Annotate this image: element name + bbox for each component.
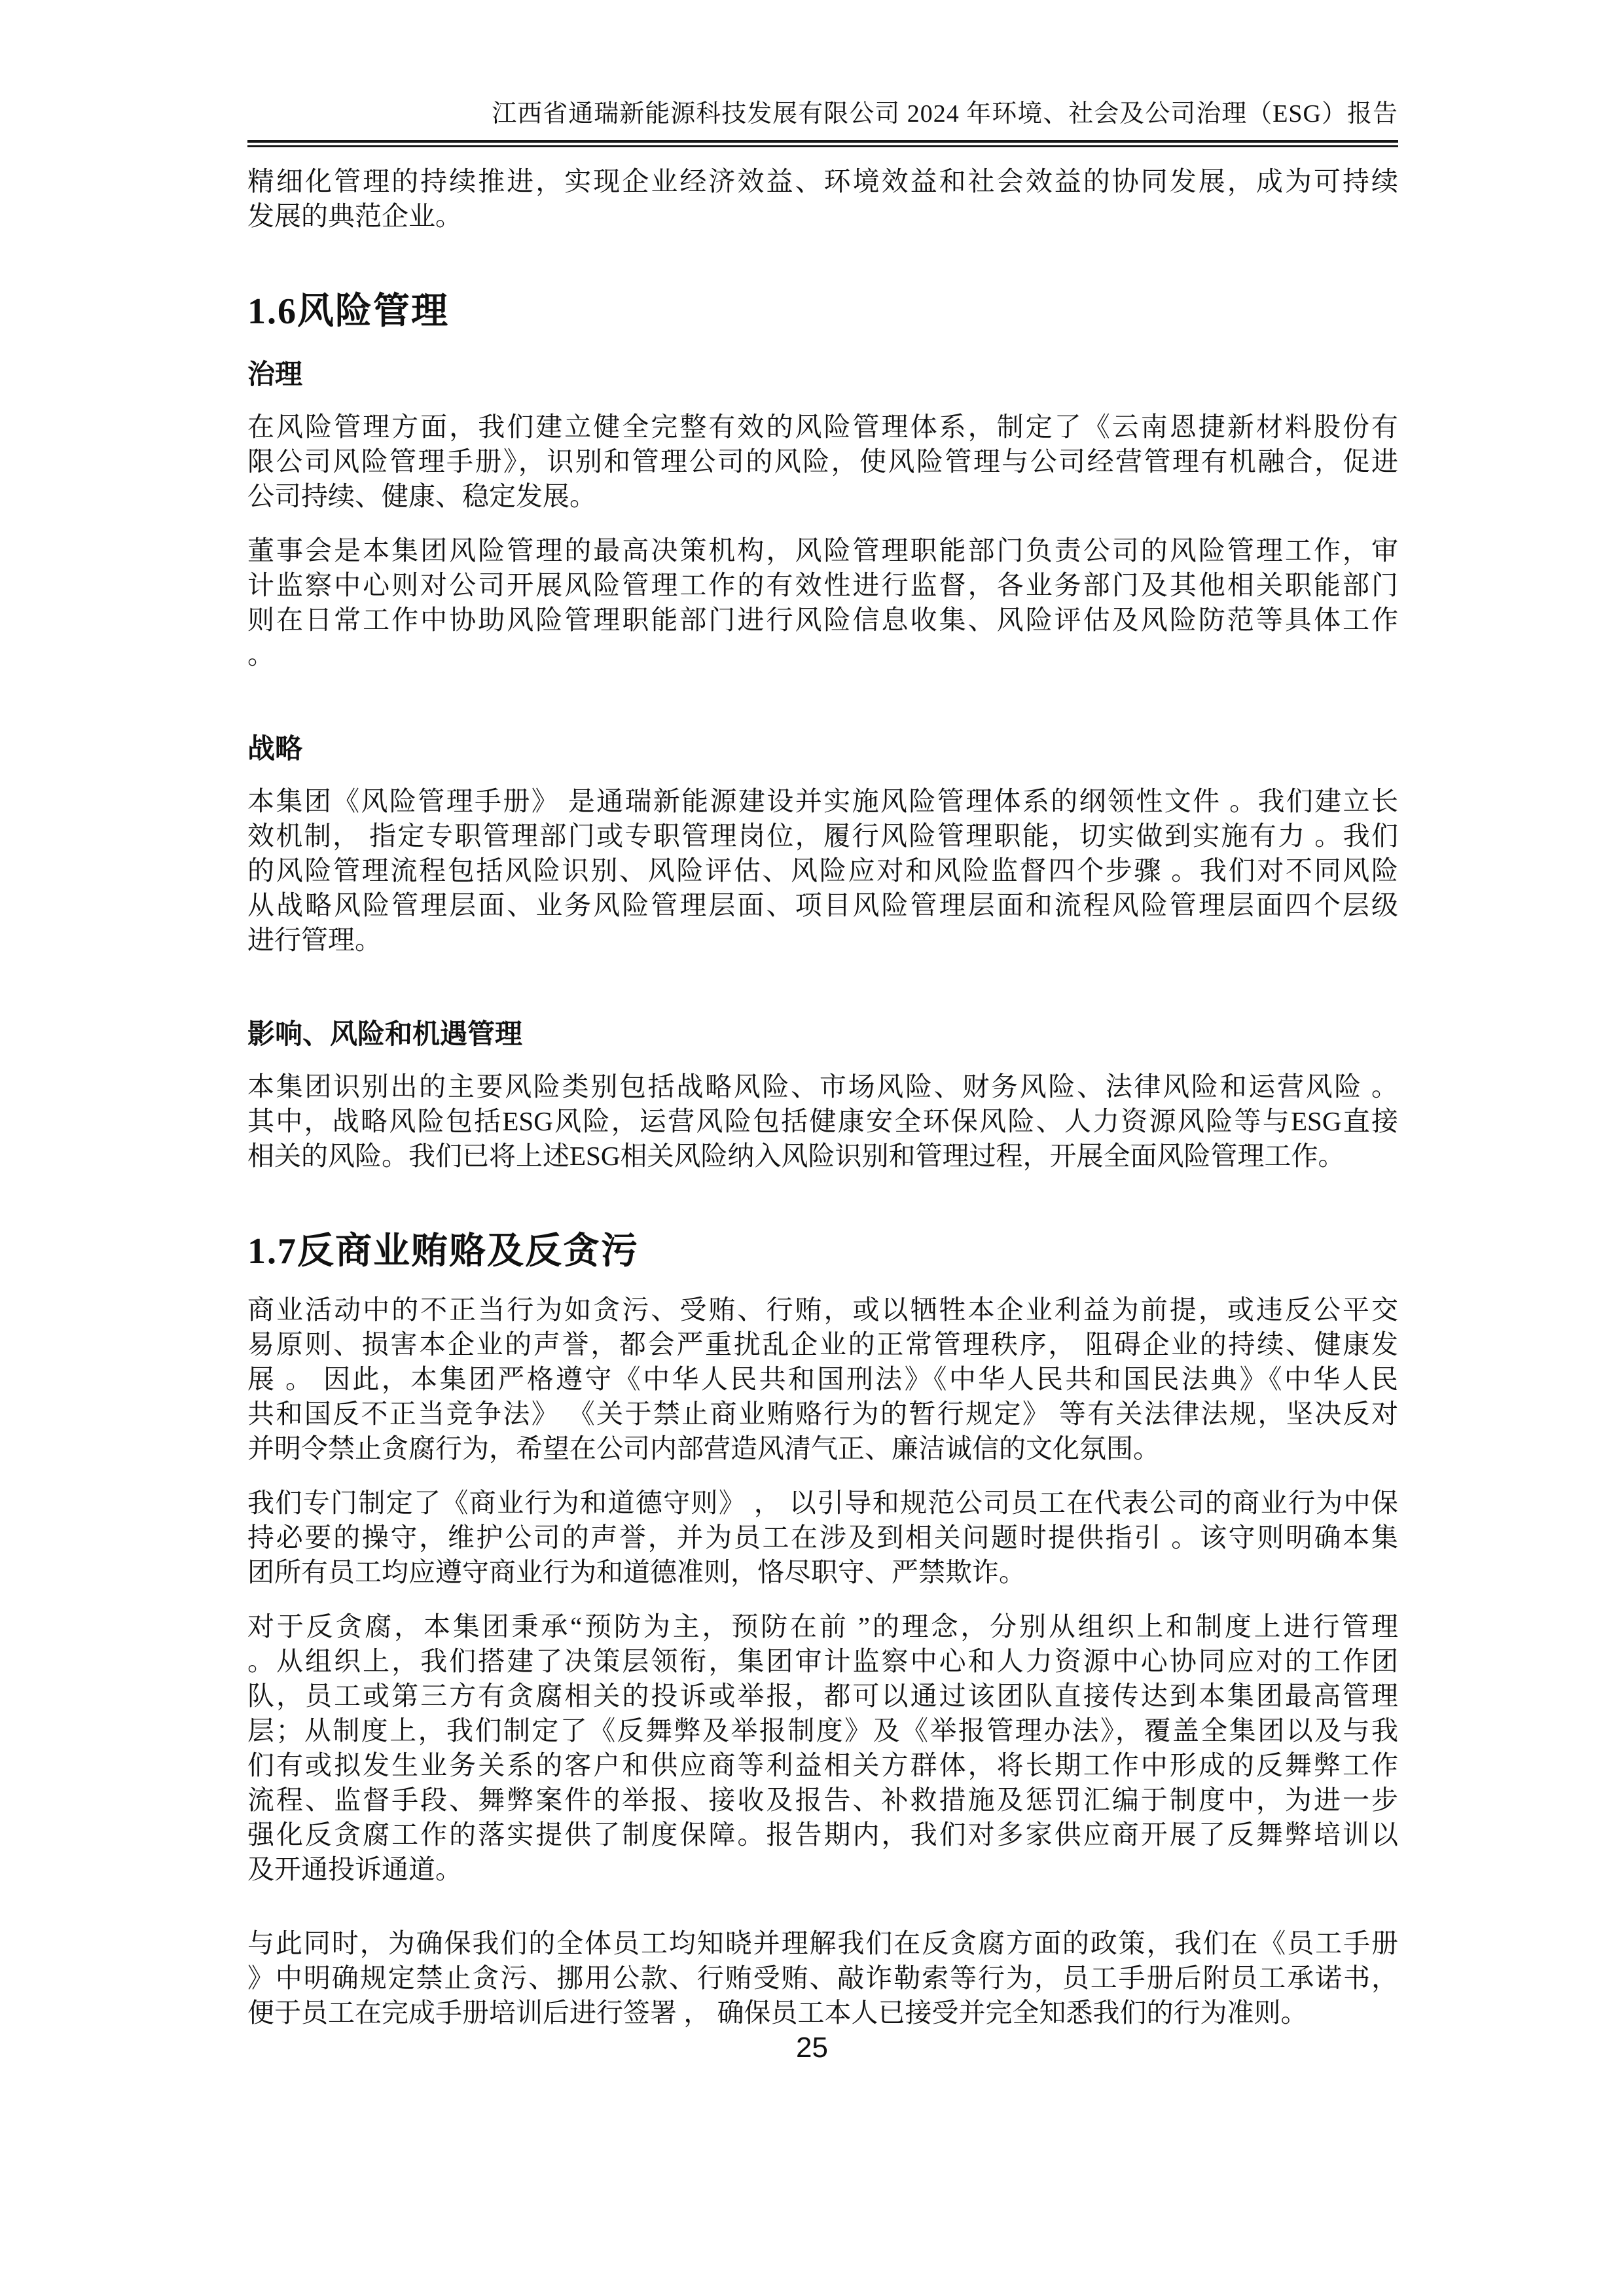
paragraph-line: 们有或拟发生业务关系的客户和供应商等利益相关方群体，将长期工作中形成的反舞弊工作 [247,1748,1398,1783]
paragraph-line: 进行管理。 [247,923,1398,958]
paragraph-line: 并明令禁止贪腐行为，希望在公司内部营造风清气正、廉洁诚信的文化氛围。 [247,1431,1398,1466]
paragraph-line: 计监察中心则对公司开展风险管理工作的有效性进行监督，各业务部门及其他相关职能部门 [247,568,1398,603]
paragraph-line: 在风险管理方面，我们建立健全完整有效的风险管理体系，制定了《云南恩捷新材料股份有 [247,410,1398,444]
paragraph: 在风险管理方面，我们建立健全完整有效的风险管理体系，制定了《云南恩捷新材料股份有… [247,410,1398,514]
document-body: 精细化管理的持续推进，实现企业经济效益、环境效益和社会效益的协同发展，成为可持续… [247,164,1398,2030]
paragraph-line: 对于反贪腐，本集团秉承“预防为主，预防在前 ”的理念，分别从组织上和制度上进行管… [247,1609,1398,1644]
section-heading-1-6: 1.6风险管理 [247,290,1398,333]
paragraph-line: 。从组织上，我们搭建了决策层领衔，集团审计监察中心和人力资源中心协同应对的工作团 [247,1644,1398,1679]
paragraph: 与此同时，为确保我们的全体员工均知晓并理解我们在反贪腐方面的政策，我们在《员工手… [247,1926,1398,2030]
paragraph-line: 商业活动中的不正当行为如贪污、受贿、行贿，或以牺牲本企业利益为前提，或违反公平交 [247,1293,1398,1327]
document-page: 江西省通瑞新能源科技发展有限公司 2024 年环境、社会及公司治理（ESG）报告… [0,0,1624,2296]
paragraph-line: 层；从制度上，我们制定了《反舞弊及举报制度》及《举报管理办法》，覆盖全集团以及与… [247,1713,1398,1748]
paragraph-line: 公司持续、健康、稳定发展。 [247,479,1398,514]
page-number: 25 [0,2032,1624,2064]
paragraph-line: 董事会是本集团风险管理的最高决策机构，风险管理职能部门负责公司的风险管理工作，审 [247,533,1398,568]
paragraph-line: 共和国反不正当竞争法》 《关于禁止商业贿赂行为的暂行规定》 等有关法律法规，坚决… [247,1397,1398,1431]
paragraph-line: 展 。 因此，本集团严格遵守《中华人民共和国刑法》《中华人民共和国民法典》《中华… [247,1362,1398,1397]
section-heading-1-7: 1.7反商业贿赂及反贪污 [247,1230,1398,1273]
paragraph-line: 及开通投诉通道。 [247,1852,1398,1887]
paragraph-line: 强化反贪腐工作的落实提供了制度保障。报告期内，我们对多家供应商开展了反舞弊培训以 [247,1818,1398,1852]
paragraph-line: 则在日常工作中协助风险管理职能部门进行风险信息收集、风险评估及风险防范等具体工作 [247,603,1398,637]
paragraph-line: 精细化管理的持续推进，实现企业经济效益、环境效益和社会效益的协同发展，成为可持续 [247,164,1398,199]
paragraph-line: 队，员工或第三方有贪腐相关的投诉或举报，都可以通过该团队直接传达到本集团最高管理 [247,1679,1398,1713]
paragraph-line: 。 [247,637,1398,672]
paragraph-line: 易原则、损害本企业的声誉，都会严重扰乱企业的正常管理秩序， 阻碍企业的持续、健康… [247,1327,1398,1362]
header-double-rule [247,140,1398,147]
paragraph-line: 其中，战略风险包括ESG风险，运营风险包括健康安全环保风险、人力资源风险等与ES… [247,1104,1398,1139]
paragraph-line: 限公司风险管理手册》，识别和管理公司的风险，使风险管理与公司经营管理有机融合，促… [247,444,1398,479]
paragraph-line: 便于员工在完成手册培训后进行签署 ， 确保员工本人已接受并完全知悉我们的行为准则… [247,1996,1398,2030]
paragraph: 董事会是本集团风险管理的最高决策机构，风险管理职能部门负责公司的风险管理工作，审… [247,533,1398,672]
paragraph-line: 的风险管理流程包括风险识别、风险评估、风险应对和风险监督四个步骤 。我们对不同风… [247,853,1398,888]
paragraph-line: 发展的典范企业。 [247,199,1398,234]
subheading: 影响、风险和机遇管理 [247,1018,1398,1052]
paragraph: 精细化管理的持续推进，实现企业经济效益、环境效益和社会效益的协同发展，成为可持续… [247,164,1398,234]
paragraph-line: 从战略风险管理层面、业务风险管理层面、项目风险管理层面和流程风险管理层面四个层级 [247,888,1398,923]
paragraph-line: 流程、监督手段、舞弊案件的举报、接收及报告、补救措施及惩罚汇编于制度中，为进一步 [247,1783,1398,1818]
paragraph-line: 相关的风险。我们已将上述ESG相关风险纳入风险识别和管理过程，开展全面风险管理工… [247,1139,1398,1174]
paragraph-line: 》中明确规定禁止贪污、挪用公款、行贿受贿、敲诈勒索等行为，员工手册后附员工承诺书… [247,1961,1398,1996]
running-header-title: 江西省通瑞新能源科技发展有限公司 2024 年环境、社会及公司治理（ESG）报告 [247,98,1398,130]
subheading: 治理 [247,358,1398,393]
paragraph-line: 我们专门制定了《商业行为和道德守则》 ， 以引导和规范公司员工在代表公司的商业行… [247,1486,1398,1520]
paragraph: 我们专门制定了《商业行为和道德守则》 ， 以引导和规范公司员工在代表公司的商业行… [247,1486,1398,1590]
paragraph: 商业活动中的不正当行为如贪污、受贿、行贿，或以牺牲本企业利益为前提，或违反公平交… [247,1293,1398,1466]
paragraph-line: 本集团《风险管理手册》 是通瑞新能源建设并实施风险管理体系的纲领性文件 。我们建… [247,784,1398,819]
paragraph-line: 团所有员工均应遵守商业行为和道德准则，恪尽职守、严禁欺诈。 [247,1555,1398,1590]
page-content: 江西省通瑞新能源科技发展有限公司 2024 年环境、社会及公司治理（ESG）报告… [247,98,1398,2030]
paragraph: 对于反贪腐，本集团秉承“预防为主，预防在前 ”的理念，分别从组织上和制度上进行管… [247,1609,1398,1887]
paragraph: 本集团《风险管理手册》 是通瑞新能源建设并实施风险管理体系的纲领性文件 。我们建… [247,784,1398,958]
paragraph-line: 与此同时，为确保我们的全体员工均知晓并理解我们在反贪腐方面的政策，我们在《员工手… [247,1926,1398,1961]
paragraph-line: 持必要的操守，维护公司的声誉，并为员工在涉及到相关问题时提供指引 。该守则明确本… [247,1520,1398,1555]
paragraph-line: 本集团识别出的主要风险类别包括战略风险、市场风险、财务风险、法律风险和运营风险 … [247,1069,1398,1104]
paragraph: 本集团识别出的主要风险类别包括战略风险、市场风险、财务风险、法律风险和运营风险 … [247,1069,1398,1174]
subheading: 战略 [247,732,1398,767]
paragraph-line: 效机制， 指定专职管理部门或专职管理岗位，履行风险管理职能，切实做到实施有力 。… [247,819,1398,853]
